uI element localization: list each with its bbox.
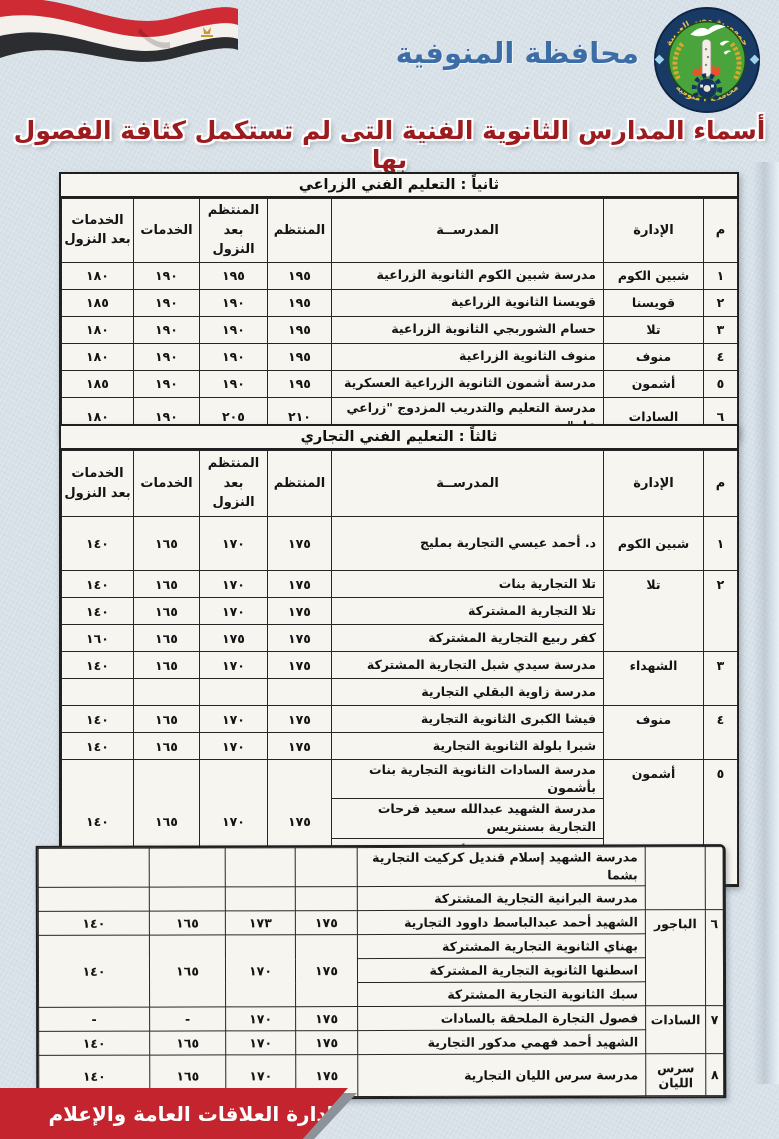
value-cell: ١٩٠	[134, 370, 200, 397]
num-cell: ١	[704, 517, 738, 571]
value-cell: ١٧٠	[200, 733, 268, 760]
value-cell: ١٧٠	[200, 571, 268, 598]
value-cell: ١٧٠	[225, 935, 295, 1007]
page-curl-shadow	[753, 162, 779, 1084]
value-cell: ١٤٠	[62, 598, 134, 625]
value-cell: ١٨٠	[62, 316, 134, 343]
school-cell: بهناي الثانوية التجارية المشتركة	[357, 934, 645, 959]
value-cell	[149, 848, 225, 887]
admin-cell: قويسنا	[604, 289, 704, 316]
table-row: ٥أشمونمدرسة أشمون الثانوية الزراعية العس…	[62, 370, 738, 397]
admin-cell	[645, 847, 705, 910]
value-cell: ١٩٠	[134, 316, 200, 343]
school-cell: الشهيد أحمد فهمي مدكور التجارية	[358, 1030, 646, 1055]
value-cell: ١٨٠	[62, 343, 134, 370]
table-row: مدرسة البرانية التجارية المشتركة	[38, 886, 723, 912]
egypt-flag	[0, 0, 238, 64]
admin-cell: سرس الليان	[646, 1054, 706, 1096]
value-cell: ١٧٥	[200, 625, 268, 652]
value-cell: ١٧٠	[200, 517, 268, 571]
col-school: المدرســة	[332, 451, 604, 517]
agri-table-section: ثانياً : التعليم الفني الزراعي م الإدارة…	[59, 172, 739, 439]
admin-cell: السادات	[646, 1006, 706, 1054]
num-cell: ٤	[704, 343, 738, 370]
value-cell: ١٤٠	[62, 652, 134, 679]
school-cell: كفر ربيع التجارية المشتركة	[332, 625, 604, 652]
table-row: ٢قويسناقويسنا الثانوية الزراعية١٩٥١٩٠١٩٠…	[62, 289, 738, 316]
admin-cell: منوف	[604, 706, 704, 760]
value-cell: ١٩٥	[268, 262, 332, 289]
school-cell: مدرسة الشهيد عبدالله سعيد فرحات التجارية…	[332, 799, 604, 838]
table-row: مدرسة الشهيد إسلام قنديل كركيت التجارية …	[38, 847, 723, 888]
value-cell: ١٩٠	[200, 316, 268, 343]
school-cell: اسطنها الثانوية التجارية المشتركة	[357, 958, 645, 983]
table-row: ٤منوفمنوف الثانوية الزراعية١٩٥١٩٠١٩٠١٨٠	[62, 343, 738, 370]
value-cell: ١٩٥	[268, 316, 332, 343]
value-cell: ١٩٠	[200, 370, 268, 397]
col-regular: المنتظم	[268, 199, 332, 263]
admin-cell: شبين الكوم	[604, 517, 704, 571]
value-cell: ١٩٥	[268, 343, 332, 370]
cont-table-section: مدرسة الشهيد إسلام قنديل كركيت التجارية …	[36, 844, 727, 1100]
school-cell: د. أحمد عيسي التجارية بمليج	[332, 517, 604, 571]
num-cell: ٤	[704, 706, 738, 760]
num-cell: ٢	[704, 289, 738, 316]
value-cell: -	[150, 1007, 226, 1031]
value-cell: ١٨٥	[62, 289, 134, 316]
admin-cell: الباجور	[645, 910, 705, 1006]
value-cell: ١٦٥	[134, 652, 200, 679]
num-cell: ٢	[704, 571, 738, 652]
value-cell: ١٧٥	[268, 706, 332, 733]
value-cell: ١٦٥	[134, 571, 200, 598]
value-cell: ١٧٥	[268, 733, 332, 760]
cont-table: مدرسة الشهيد إسلام قنديل كركيت التجارية …	[38, 846, 725, 1098]
value-cell: ١٤٠	[39, 1031, 150, 1055]
value-cell	[225, 848, 295, 887]
school-cell: حسام الشوربجي الثانوية الزراعية	[332, 316, 604, 343]
school-cell: شبرا بلولة الثانوية التجارية	[332, 733, 604, 760]
value-cell	[268, 679, 332, 706]
school-cell: مدرسة البرانية التجارية المشتركة	[357, 886, 645, 911]
value-cell: ١٤٠	[62, 571, 134, 598]
col-services: الخدمات	[134, 199, 200, 263]
col-num: م	[704, 451, 738, 517]
value-cell: ١٧٠	[226, 1007, 296, 1031]
school-cell: مدرسة سرس الليان التجارية	[358, 1054, 646, 1097]
table-row: ٣الشهداءمدرسة سيدي شبل التجارية المشتركة…	[62, 652, 738, 679]
value-cell: ١٤٠	[38, 935, 149, 1007]
value-cell: ١٧٠	[226, 1031, 296, 1055]
num-cell: ٣	[704, 316, 738, 343]
value-cell	[38, 887, 149, 911]
value-cell: ١٤٠	[38, 911, 149, 935]
table-row: ٧الساداتفصول التجارة الملحقة بالسادات١٧٥…	[39, 1006, 724, 1032]
value-cell: ١٦٥	[134, 625, 200, 652]
col-services-after: الخدمات بعد النزول	[62, 199, 134, 263]
value-cell: ١٤٠	[62, 517, 134, 571]
school-cell: مدرسة السادات الثانوية التجارية بنات بأش…	[332, 760, 604, 799]
col-services: الخدمات	[134, 451, 200, 517]
table-row: الشهيد أحمد فهمي مدكور التجارية١٧٥١٧٠١٦٥…	[39, 1030, 724, 1056]
value-cell: ١٦٥	[134, 598, 200, 625]
school-cell: مدرسة شبين الكوم الثانوية الزراعية	[332, 262, 604, 289]
table-row: ٤منوففيشا الكبرى الثانوية التجارية١٧٥١٧٠…	[62, 706, 738, 733]
admin-cell: تلا	[604, 571, 704, 652]
value-cell: ١٧٥	[268, 652, 332, 679]
comm-table-section: ثالثاً : التعليم الفني التجاري م الإدارة…	[59, 424, 739, 887]
value-cell: ١٧٥	[268, 598, 332, 625]
school-cell: تلا التجارية بنات	[332, 571, 604, 598]
school-cell: مدرسة سيدي شبل التجارية المشتركة	[332, 652, 604, 679]
school-cell: فصول التجارة الملحقة بالسادات	[358, 1006, 646, 1031]
value-cell: ١٧٥	[295, 935, 357, 1007]
value-cell: ١٦٠	[62, 625, 134, 652]
value-cell	[38, 848, 149, 888]
school-cell: فيشا الكبرى الثانوية التجارية	[332, 706, 604, 733]
col-admin: الإدارة	[604, 451, 704, 517]
table-row: بهناي الثانوية التجارية المشتركة١٧٥١٧٠١٦…	[38, 934, 723, 960]
col-school: المدرســة	[332, 199, 604, 263]
table-row: ٥أشمونمدرسة السادات الثانوية التجارية بن…	[62, 760, 738, 799]
value-cell	[295, 887, 357, 911]
footer-label: إدارة العلاقات العامة والإعلام	[14, 1102, 333, 1126]
value-cell: ١٧٥	[268, 517, 332, 571]
value-cell: ١٦٥	[150, 1031, 226, 1055]
table-row: ٢تلاتلا التجارية بنات١٧٥١٧٠١٦٥١٤٠	[62, 571, 738, 598]
num-cell: ٥	[704, 370, 738, 397]
value-cell: ١٩٠	[200, 343, 268, 370]
value-cell: ١٤٠	[62, 706, 134, 733]
col-regular: المنتظم	[268, 451, 332, 517]
school-cell: مدرسة الشهيد إسلام قنديل كركيت التجارية …	[357, 847, 645, 887]
school-cell: قويسنا الثانوية الزراعية	[332, 289, 604, 316]
school-cell: الشهيد أحمد عبدالباسط داوود التجارية	[357, 910, 645, 935]
value-cell: ١٩٥	[268, 289, 332, 316]
logo-monument	[702, 39, 711, 76]
admin-cell: شبين الكوم	[604, 262, 704, 289]
table-row: ٦الباجورالشهيد أحمد عبدالباسط داوود التج…	[38, 910, 723, 936]
value-cell: ١٨٠	[62, 262, 134, 289]
comm-table-caption: ثالثاً : التعليم الفني التجاري	[61, 426, 737, 450]
value-cell: ١٦٥	[134, 706, 200, 733]
value-cell: ١٧٠	[200, 652, 268, 679]
value-cell: ١٦٥	[149, 935, 225, 1007]
footer-banner: إدارة العلاقات العامة والإعلام	[0, 1088, 348, 1139]
main-title: أسماء المدارس الثانوية الفنية التى لم تس…	[0, 116, 779, 174]
header-row: م الإدارة المدرســة المنتظم المنتظم بعد …	[62, 199, 738, 263]
num-cell: ٨	[706, 1054, 724, 1096]
admin-cell: أشمون	[604, 370, 704, 397]
value-cell: ١٤٠	[62, 733, 134, 760]
value-cell	[134, 679, 200, 706]
value-cell	[225, 887, 295, 911]
admin-cell: تلا	[604, 316, 704, 343]
col-regular-after: المنتظم بعد النزول	[200, 451, 268, 517]
col-admin: الإدارة	[604, 199, 704, 263]
value-cell: -	[39, 1007, 150, 1031]
governorate-title: محافظة المنوفية	[396, 36, 639, 70]
col-num: م	[704, 199, 738, 263]
value-cell: ١٦٥	[134, 517, 200, 571]
value-cell: ١٧٥	[268, 625, 332, 652]
value-cell: ١٧٥	[295, 911, 357, 935]
school-cell: مدرسة أشمون الثانوية الزراعية العسكرية	[332, 370, 604, 397]
value-cell	[200, 679, 268, 706]
value-cell: ١٩٠	[134, 289, 200, 316]
value-cell: ١٧٠	[200, 598, 268, 625]
header-row: م الإدارة المدرســة المنتظم المنتظم بعد …	[62, 451, 738, 517]
school-cell: تلا التجارية المشتركة	[332, 598, 604, 625]
value-cell: ١٧٥	[268, 571, 332, 598]
value-cell: ١٩٠	[134, 262, 200, 289]
value-cell: ١٩٠	[134, 343, 200, 370]
value-cell: ١٧٠	[200, 706, 268, 733]
value-cell	[62, 679, 134, 706]
table-row: ٣تلاحسام الشوربجي الثانوية الزراعية١٩٥١٩…	[62, 316, 738, 343]
col-regular-after: المنتظم بعد النزول	[200, 199, 268, 263]
num-cell	[705, 847, 723, 910]
governorate-logo: جمهورية مصر العربية محافظة المنوفية	[653, 6, 761, 114]
col-services-after: الخدمات بعد النزول	[62, 451, 134, 517]
scanned-document-page: { "page": { "governorate_title": "محافظة…	[0, 0, 779, 1139]
num-cell: ١	[704, 262, 738, 289]
value-cell	[149, 887, 225, 911]
value-cell: ١٧٥	[296, 1031, 358, 1055]
num-cell: ٦	[705, 910, 723, 1006]
value-cell: ١٩٠	[200, 289, 268, 316]
admin-cell: منوف	[604, 343, 704, 370]
num-cell: ٧	[706, 1006, 724, 1054]
agri-table-caption: ثانياً : التعليم الفني الزراعي	[61, 174, 737, 198]
value-cell: ١٨٥	[62, 370, 134, 397]
comm-table: م الإدارة المدرســة المنتظم المنتظم بعد …	[61, 450, 738, 885]
value-cell: ١٧٥	[296, 1007, 358, 1031]
value-cell: ١٩٥	[268, 370, 332, 397]
table-row: ١شبين الكوممدرسة شبين الكوم الثانوية الز…	[62, 262, 738, 289]
school-cell: سبك الثانوية التجارية المشتركة	[358, 982, 646, 1007]
value-cell: ١٦٥	[149, 911, 225, 935]
num-cell: ٣	[704, 652, 738, 706]
value-cell: ١٦٥	[134, 733, 200, 760]
school-cell: مدرسة زاوية البقلي التجارية	[332, 679, 604, 706]
value-cell: ١٧٣	[225, 911, 295, 935]
table-row: ١شبين الكومد. أحمد عيسي التجارية بمليج١٧…	[62, 517, 738, 571]
value-cell	[295, 848, 357, 887]
admin-cell: الشهداء	[604, 652, 704, 706]
agri-table: م الإدارة المدرســة المنتظم المنتظم بعد …	[61, 198, 738, 437]
value-cell: ١٩٥	[200, 262, 268, 289]
school-cell: منوف الثانوية الزراعية	[332, 343, 604, 370]
